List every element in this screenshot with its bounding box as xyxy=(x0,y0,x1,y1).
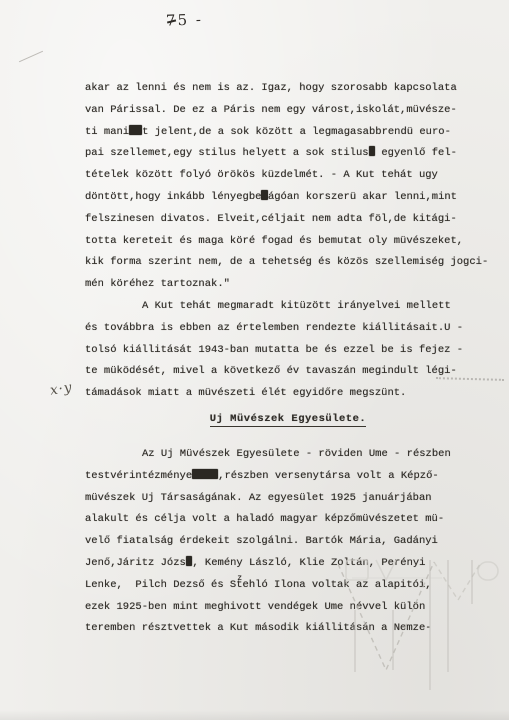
text-line: döntött,hogy inkább lényegbeágóan korsze… xyxy=(85,187,491,209)
text-segment: ,részben versenytársa volt a Képző- xyxy=(218,470,439,482)
text-line: velő fiatalság érdekeit szolgálni. Bartó… xyxy=(85,531,491,553)
text-segment: mén köréhez tartoznak." xyxy=(85,278,230,290)
text-line: Az Uj Müvészek Egyesülete - röviden Ume … xyxy=(85,444,491,466)
text-segment: támadások miatt a müvészeti élét egyidőr… xyxy=(85,387,406,399)
paragraph-2: A Kut tehát megmaradt kitüzött irányelve… xyxy=(85,296,491,405)
text-line: teremben résztvettek a Kut második kiáll… xyxy=(85,618,491,640)
text-line: ti manit jelent,de a sok között a legmag… xyxy=(85,122,491,144)
text-line: felszinesen divatos. Elveit,céljait nem … xyxy=(85,209,491,231)
section-heading-text: Uj Müvészek Egyesülete. xyxy=(210,413,366,427)
text-segment: A Kut tehát megmaradt kitüzött irányelve… xyxy=(142,300,451,312)
ink-blot xyxy=(129,125,142,135)
text-line: van Párissal. De ez a Páris nem egy váro… xyxy=(85,100,491,122)
text-segment: ti mani xyxy=(85,126,129,138)
text-line: te müködését, mivel a következő év tavas… xyxy=(85,361,491,383)
text-segment: egyenlő fel- xyxy=(375,147,457,159)
text-line: támadások miatt a müvészeti élét egyidőr… xyxy=(85,383,491,405)
text-segment: ezek 1925-ben mint meghivott vendégek Um… xyxy=(85,601,425,613)
page-number: 75 - xyxy=(166,10,204,29)
text-line: mén köréhez tartoznak." xyxy=(85,274,491,296)
text-segment: kik forma szerint nem, de a tehetség és … xyxy=(85,256,488,268)
text-line: müvészek Uj Társaságának. Az egyesület 1… xyxy=(85,488,491,510)
section-heading: Uj Müvészek Egyesülete. xyxy=(85,409,491,431)
text-segment: müvészek Uj Társaságának. Az egyesület 1… xyxy=(85,492,432,504)
text-line: tételek között folyó örökös küzdelmét. -… xyxy=(85,165,491,187)
text-line: pai szellemet,egy stilus helyett a sok s… xyxy=(85,143,491,165)
text-line: Lenke, Pilch Dezső és Sztehló Ilona volt… xyxy=(85,575,491,597)
ink-blot xyxy=(192,469,218,479)
text-segment: alakult és célja volt a haladó magyar ké… xyxy=(85,513,444,525)
text-segment: velő fiatalság érdekeit szolgálni. Bartó… xyxy=(85,535,438,547)
text-segment: totta kereteit és maga köré fogad és bem… xyxy=(85,235,463,247)
text-segment: , Kemény László, Klie Zoltán, Perényi xyxy=(192,557,425,569)
text-line: A Kut tehát megmaradt kitüzött irányelve… xyxy=(85,296,491,318)
text-line: Jenő,Járitz Józs, Kemény László, Klie Zo… xyxy=(85,553,491,575)
scanned-page: 75 - akar az lenni és nem is az. Igaz, h… xyxy=(0,0,509,720)
text-line: alakult és célja volt a haladó magyar ké… xyxy=(85,509,491,531)
handwritten-margin-note: x·y xyxy=(49,379,74,398)
text-segment: tehló Ilona voltak az alapitói, xyxy=(236,579,431,591)
text-segment: és továbbra is ebben az értelemben rende… xyxy=(85,322,463,334)
text-segment: te müködését, mivel a következő év tavas… xyxy=(85,365,457,377)
pencil-mark xyxy=(19,51,43,62)
text-line: totta kereteit és maga köré fogad és bem… xyxy=(85,231,491,253)
text-segment: tolsó kiállitását 1943-ban mutatta be és… xyxy=(85,344,463,356)
text-segment: tételek között folyó örökös küzdelmét. -… xyxy=(85,169,438,181)
text-line: és továbbra is ebben az értelemben rende… xyxy=(85,318,491,340)
text-line: ezek 1925-ben mint meghivott vendégek Um… xyxy=(85,597,491,619)
paragraph-3: Az Uj Müvészek Egyesülete - röviden Ume … xyxy=(85,444,491,640)
text-line: tolsó kiállitását 1943-ban mutatta be és… xyxy=(85,340,491,362)
text-line: akar az lenni és nem is az. Igaz, hogy s… xyxy=(85,78,491,100)
text-segment: felszinesen divatos. Elveit,céljait nem … xyxy=(85,213,457,225)
text-segment: akar az lenni és nem is az. Igaz, hogy s… xyxy=(85,82,457,94)
text-segment: Jenő,Járitz Józs xyxy=(85,557,186,569)
text-segment: Lenke, Pilch Dezső és S xyxy=(85,579,236,591)
text-segment: testvérintézménye xyxy=(85,470,192,482)
text-segment: pai szellemet,egy stilus helyett a sok s… xyxy=(85,147,369,159)
typewritten-text: akar az lenni és nem is az. Igaz, hogy s… xyxy=(85,78,491,640)
text-segment: döntött,hogy inkább lényegbe xyxy=(85,191,261,203)
paragraph-1: akar az lenni és nem is az. Igaz, hogy s… xyxy=(85,78,491,296)
text-segment: Az Uj Müvészek Egyesülete - röviden Ume … xyxy=(142,448,451,460)
text-line: testvérintézménye,részben versenytársa v… xyxy=(85,466,491,488)
text-line: kik forma szerint nem, de a tehetség és … xyxy=(85,252,491,274)
text-segment: van Párissal. De ez a Páris nem egy váro… xyxy=(85,104,457,116)
text-segment: teremben résztvettek a Kut második kiáll… xyxy=(85,622,432,634)
text-segment: ágóan korszerü akar lenni,mint xyxy=(268,191,457,203)
text-segment: t jelent,de a sok között a legmagasabbre… xyxy=(142,126,451,138)
